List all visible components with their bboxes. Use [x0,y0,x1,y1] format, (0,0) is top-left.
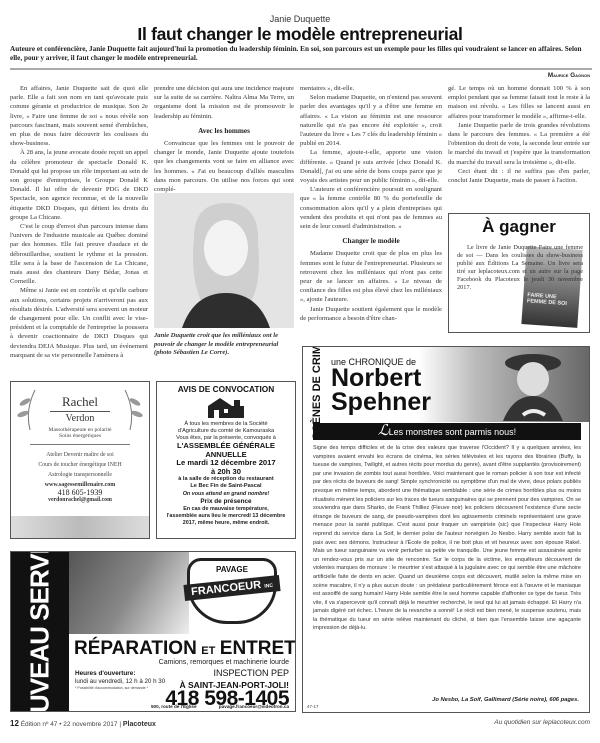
ad-rachel-verdon: Rachel Verdon Massothérapeute en polarit… [10,381,150,539]
paragraph: Janie Duquette soutient également que le… [300,305,442,323]
hours-label: Heures d'ouverture: [75,670,135,677]
paragraph: Même si Janie est en contrôle et qu'elle… [10,286,148,360]
chronicle-body: Signe des temps difficiles et de la cris… [313,444,581,633]
hours-note: * Possibilité d'accommodation, sur deman… [75,686,148,690]
logo-text: FRANCOEUR [191,579,262,598]
pavage-email-link[interactable]: pavage.francoeur@videotron.ca [219,704,289,709]
ad-service: Cours de toucher énergétique INEH [11,460,149,470]
author-portrait [493,351,573,421]
leaf-icon [15,390,45,430]
convocation-prize: Prix de présence [157,498,295,506]
leaf-decoration [11,516,150,538]
paragraph: Convaincue que les femmes ont le pouvoir… [154,139,294,194]
paragraph: En affaires, Janie Duquette sait de quoi… [10,84,148,148]
article-kicker: Janie Duquette [0,14,600,24]
headline-part: ENTRETIEN [220,638,296,659]
inspection-label: INSPECTION PEP [213,668,289,678]
barn-icon [202,396,250,418]
section-heading: Avec les hommes [154,127,294,136]
vertical-banner: NOUVEAU SERVICE [11,552,69,712]
vertical-text: NOUVEAU SERVICE [25,551,56,712]
logo-main: FRANCOEUR INC [183,575,280,601]
article-column-4: gé. Le temps où un homme donnait 100 % à… [448,84,590,185]
article-headline: Il faut changer le modèle entrepreneuria… [0,24,600,45]
chronicle-author-last: Spehner [331,390,431,414]
logo-top: PAVAGE [190,565,274,574]
banner-text: Les monstres sont parmis nous! [389,427,517,437]
edition-info: Édition nº 47 • 22 novembre 2017 | [21,721,121,728]
pavage-address: 500, route de l'Église [151,704,197,709]
author-photo [154,193,294,328]
ad-subtitle: Soins énergétiques [11,433,149,439]
pavage-headline: RÉPARATION ET ENTRETIEN [74,638,296,660]
convocation-weather: 2017, même heure, même endroit. [157,520,295,527]
article-column-1: En affaires, Janie Duquette sait de quoi… [10,84,148,360]
ad-phone: 418 605-1939 [11,488,149,497]
headline-part: RÉPARATION [74,638,197,659]
convocation-text: À tous les membres de la Société [157,421,295,428]
ad-pavage-francoeur: NOUVEAU SERVICE PAVAGE FRANCOEUR INC RÉP… [10,551,296,712]
chronicle-box: SCÈNES DE CRIMES une CHRONIQUE de Norber… [302,346,590,713]
leaf-icon [115,390,145,430]
convocation-time: à 20h 30 [157,468,295,477]
convocation-title: AVIS DE CONVOCATION [157,384,295,394]
section-heading: Changer le modèle [300,237,442,246]
page-footer: 12 Édition nº 47 • 22 novembre 2017 | Pl… [10,719,156,728]
book-title: FAIRE UNE FEMME DE SOI [527,292,576,307]
convocation-place: Le Bec Fin de Saint-Pascal [157,483,295,490]
paragraph: Janie Duquette parle de trois grandes ré… [448,121,590,167]
paragraph: À 28 ans, la jeune avocate douée reçoit … [10,148,148,222]
page-number: 12 [10,719,19,728]
divider [50,411,110,412]
chronicle-code: 47-17 [307,704,319,709]
paragraph: Selon madame Duquette, on n'entend pas s… [300,93,442,148]
convocation-place: à la salle de réception du restaurant [157,476,295,483]
chronicle-banner: ℒLes monstres sont parmis nous! [313,423,581,440]
contest-title: À gagner [449,217,589,237]
article-column-3: mentaires », dit-elle. Selon madame Duqu… [300,84,442,323]
paragraph: Ceci étant dit : il ne suffira pas d'en … [448,167,590,185]
chronicle-author-first: Norbert [331,366,421,390]
convocation-weather: l'assemblée aura lieu le mercredi 13 déc… [157,513,295,520]
headline-part: ET [201,645,215,657]
convocation-text: d'Agriculture du comté de Kamouraska [157,428,295,435]
byline: Maurice Gagnon [548,72,590,79]
divider [10,68,592,70]
article-column-2: prendre une décision qui aura une incide… [154,84,294,194]
ornament-letter: ℒ [378,423,389,439]
mechanic-photo [69,552,189,634]
footer-website-link[interactable]: Au quotidien sur leplacoteux.com [494,719,590,726]
ad-convocation: AVIS DE CONVOCATION À tous les membres d… [156,381,296,539]
ad-email-link[interactable]: verdonrachel@gmail.com [11,497,149,503]
article-lede: Auteure et conférencière, Janie Duquette… [10,45,592,63]
convocation-weather: En cas de mauvaise température, [157,506,295,513]
paragraph: prendre une décision qui aura une incide… [154,84,294,121]
paragraph: Madame Duquette croit que de plus en plu… [300,249,442,304]
paragraph: C'est le coup d'envoi d'un parcours inte… [10,222,148,286]
contest-box: À gagner FAIRE UNE FEMME DE SOI Le livre… [448,213,590,333]
paragraph: mentaires », dit-elle. [300,84,442,93]
ad-service: Atelier Devenir maître de soi [11,450,149,460]
paragraph: gé. Le temps où un homme donnait 100 % à… [448,84,590,121]
pavage-subheadline: Camions, remorques et machinerie lourde [159,659,289,666]
photo-caption: Janie Duquette croit que les milléniaux … [154,332,296,358]
convocation-invite: On vous attend en grand nombre! [157,490,295,498]
hours-value: lundi au vendredi, 12 h à 20 h 30 [75,678,165,685]
paragraph: La femme, ajoute-t-elle, apporte une vis… [300,148,442,185]
brand-name: Placoteux [123,721,156,728]
pavage-logo: PAVAGE FRANCOEUR INC [187,558,277,624]
logo-inc: INC [264,583,273,590]
chronicle-source: Jo Nesbo, La Soif, Gallimard (Série noir… [432,697,579,703]
paragraph: L'auteure et conférencière poursuit en s… [300,185,442,231]
divider [30,444,130,445]
ad-service: Astrologie transpersonnelle [11,470,149,480]
contest-text: Le livre de Janie Duquette Faire une fem… [457,244,583,293]
